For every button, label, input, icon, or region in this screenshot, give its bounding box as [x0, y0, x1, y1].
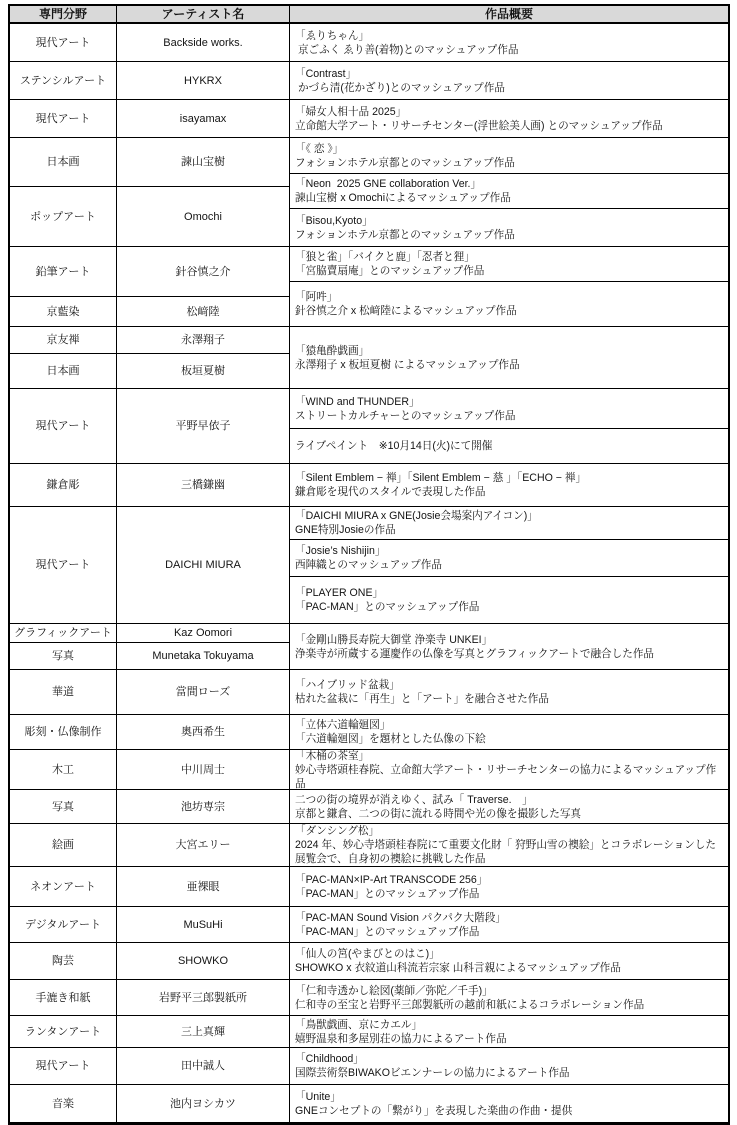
work-overview-cell: 「仙人の筥(やまびとのはこ)」SHOWKO x 衣紋道山科流若宗家 山科言親によ… — [290, 943, 728, 980]
cell-line: 「PAC-MAN」とのマッシュアップ作品 — [295, 887, 479, 901]
header-cell-specialty: 専門分野 — [10, 6, 117, 24]
cell-line: 「六道輪廻図」を題材とした仏像の下絵 — [295, 732, 486, 746]
work-overview-cell: 「ゑりちゃん」 京ごふく ゑり善(着物)とのマッシュアップ作品 — [290, 24, 728, 62]
cell-line: GNE特別Josieの作品 — [295, 523, 396, 537]
work-overview-cell: 「WIND and THUNDER」ストリートカルチャーとのマッシュアップ作品 — [290, 389, 728, 429]
cell-line: 現代アート — [36, 419, 91, 433]
specialty-cell: 木工 — [10, 750, 117, 790]
cell-line: ランタンアート — [25, 1025, 101, 1039]
specialty-cell: 日本画 — [10, 138, 117, 187]
artist-name-cell: 亜裸眼 — [117, 867, 290, 907]
work-overview-cell: 「Unite」GNEコンセプトの「繋がり」を表現した楽曲の作曲・提供 — [290, 1085, 728, 1122]
artist-name-cell: 三橋鎌幽 — [117, 464, 290, 507]
artist-name-cell: 奥西希生 — [117, 715, 290, 750]
cell-line: 「PAC-MAN×IP-Art TRANSCODE 256」 — [295, 873, 487, 887]
cell-line: 鉛筆アート — [36, 265, 91, 279]
artist-name-cell: Backside works. — [117, 24, 290, 62]
cell-line: 「PAC-MAN」とのマッシュアップ作品 — [295, 925, 479, 939]
cell-line: ライブペイント ※10月14日(火)にて開催 — [295, 439, 492, 453]
cell-line: ネオンアート — [30, 880, 96, 894]
work-overview-cell: 「Bisou,Kyoto」フォションホテル京都とのマッシュアップ作品 — [290, 209, 728, 247]
artist-name-cell: 諫山宝樹 — [117, 138, 290, 187]
cell-line: 現代アート — [36, 1059, 91, 1073]
cell-line: デジタルアート — [25, 918, 101, 932]
artist-name-cell: 田中誠人 — [117, 1048, 290, 1085]
specialty-cell: 現代アート — [10, 100, 117, 138]
work-overview-cell: 「猿亀酔戯画」永澤翔子 x 板垣夏樹 によるマッシュアップ作品 — [290, 327, 728, 389]
artist-name-cell: 大宮エリー — [117, 824, 290, 867]
cell-line: 日本画 — [47, 364, 80, 378]
cell-line: 絵画 — [52, 838, 74, 852]
cell-line: 「Neon 2025 GNE collaboration Ver.」 — [295, 177, 481, 191]
work-overview-cell: 「PAC-MAN Sound Vision パクパク大階段」「PAC-MAN」と… — [290, 907, 728, 943]
work-overview-cell: 「金剛山勝長寿院大御堂 浄楽寺 UNKEI」浄楽寺が所蔵する運慶作の仏像を写真と… — [290, 624, 728, 670]
cell-line: MuSuHi — [183, 918, 222, 932]
cell-line: 松﨑陸 — [187, 305, 220, 319]
cell-line: 鎌倉彫 — [47, 478, 80, 492]
specialty-cell: 鎌倉彫 — [10, 464, 117, 507]
artist-name-cell: SHOWKO — [117, 943, 290, 980]
artist-name-cell: Kaz Oomori — [117, 624, 290, 643]
cell-line: GNEコンセプトの「繋がり」を表現した楽曲の作曲・提供 — [295, 1104, 572, 1118]
cell-line: 鎌倉彫を現代のスタイルで表現した作品 — [295, 485, 485, 499]
cell-line: 「PLAYER ONE」 — [295, 586, 383, 600]
specialty-cell: 音楽 — [10, 1085, 117, 1122]
cell-line: 亜裸眼 — [187, 880, 220, 894]
cell-line: 「《 恋 》」 — [295, 142, 343, 156]
artist-name-cell: Munetaka Tokuyama — [117, 643, 290, 670]
cell-line: 写真 — [52, 649, 74, 663]
work-overview-cell: 「PLAYER ONE」「PAC-MAN」とのマッシュアップ作品 — [290, 577, 728, 624]
cell-line: 「Bisou,Kyoto」 — [295, 214, 373, 228]
cell-line: 手漉き和紙 — [36, 991, 91, 1005]
work-overview-cell: 「立体六道輪廻図」「六道輪廻図」を題材とした仏像の下絵 — [290, 715, 728, 750]
cell-line: 池坊専宗 — [181, 800, 225, 814]
artist-name-cell: 永澤翔子 — [117, 327, 290, 354]
specialty-cell: 華道 — [10, 670, 117, 715]
cell-line: フォションホテル京都とのマッシュアップ作品 — [295, 156, 515, 170]
specialty-cell: 現代アート — [10, 24, 117, 62]
cell-line: 彫刻・仏像制作 — [25, 725, 102, 739]
artist-name-cell: 池内ヨシカツ — [117, 1085, 290, 1122]
cell-line: 写真 — [52, 800, 74, 814]
cell-line: Kaz Oomori — [174, 626, 232, 640]
specialty-cell: ポップアート — [10, 187, 117, 247]
specialty-cell: グラフィックアート — [10, 624, 117, 643]
work-overview-cell: 二つの街の境界が消えゆく、試み「 Traverse. 」京都と鎌倉、二つの街に流… — [290, 790, 728, 824]
cell-line: 「鳥獣戯画、京にカエル」 — [295, 1018, 422, 1032]
work-overview-cell: 「鳥獣戯画、京にカエル」嬉野温泉和多屋別荘の協力によるアート作品 — [290, 1016, 728, 1048]
header-cell-artist: アーティスト名 — [117, 6, 290, 24]
cell-line: 「Contrast」 — [295, 67, 356, 81]
specialty-cell: 絵画 — [10, 824, 117, 867]
cell-line: 音楽 — [52, 1097, 74, 1111]
cell-line: HYKRX — [184, 74, 222, 88]
specialty-cell: 京友禅 — [10, 327, 117, 354]
cell-line: 京藍染 — [47, 305, 80, 319]
cell-line: 「WIND and THUNDER」 — [295, 395, 420, 409]
document-page: 専門分野アーティスト名作品概要現代アートBackside works.「ゑりちゃ… — [0, 0, 737, 1125]
cell-line: 「ハイブリッド盆栽」 — [295, 678, 400, 692]
cell-line: 木工 — [52, 763, 74, 777]
cell-line: 當間ローズ — [176, 685, 230, 699]
cell-line: 「Josie’s Nishijin」 — [295, 544, 385, 558]
work-overview-cell: 「DAICHI MIURA x GNE(Josie会場案内アイコン)」GNE特別… — [290, 507, 728, 540]
cell-line: 諫山宝樹 — [181, 155, 225, 169]
work-overview-cell: 「Contrast」 かづら清(花かざり)とのマッシュアップ作品 — [290, 62, 728, 100]
cell-line: Omochi — [184, 210, 222, 224]
work-overview-cell: 「Josie’s Nishijin」西陣織とのマッシュアップ作品 — [290, 540, 728, 577]
cell-line: 「PAC-MAN」とのマッシュアップ作品 — [295, 600, 479, 614]
specialty-cell: 鉛筆アート — [10, 247, 117, 297]
artist-name-cell: 當間ローズ — [117, 670, 290, 715]
cell-line: 「宮脇賣扇庵」とのマッシュアップ作品 — [295, 264, 484, 278]
cell-line: 永澤翔子 — [181, 333, 225, 347]
artist-table: 専門分野アーティスト名作品概要現代アートBackside works.「ゑりちゃ… — [8, 4, 730, 1125]
cell-line: 「PAC-MAN Sound Vision パクパク大階段」 — [295, 911, 506, 925]
cell-line: アーティスト名 — [162, 7, 245, 21]
cell-line: 仁和寺の至宝と岩野平三郎製紙所の越前和紙によるコラボレーション作品 — [295, 998, 644, 1012]
artist-name-cell: 平野早依子 — [117, 389, 290, 464]
cell-line: 三上真輝 — [181, 1025, 225, 1039]
cell-line: 田中誠人 — [181, 1059, 225, 1073]
cell-line: SHOWKO — [178, 954, 228, 968]
cell-line: 「Childhood」 — [295, 1052, 364, 1066]
cell-line: 立命館大学アート・リサーチセンター(浮世絵美人画) とのマッシュアップ作品 — [295, 119, 663, 133]
cell-line: 「ダンシング松」 — [295, 824, 379, 838]
artist-name-cell: 池坊専宗 — [117, 790, 290, 824]
artist-name-cell: DAICHI MIURA — [117, 507, 290, 624]
cell-line: 作品概要 — [485, 7, 533, 21]
cell-line: 「ゑりちゃん」 — [295, 29, 369, 43]
work-overview-cell: 「PAC-MAN×IP-Art TRANSCODE 256」「PAC-MAN」と… — [290, 867, 728, 907]
cell-line: フォションホテル京都とのマッシュアップ作品 — [295, 228, 515, 242]
work-overview-cell: 「婦女人相十品 2025」立命館大学アート・リサーチセンター(浮世絵美人画) と… — [290, 100, 728, 138]
cell-line: 「金剛山勝長寿院大御堂 浄楽寺 UNKEI」 — [295, 633, 492, 647]
cell-line: 京ごふく ゑり善(着物)とのマッシュアップ作品 — [295, 43, 518, 57]
cell-line: 枯れた盆栽に「再生」と「アート」を融合させた作品 — [295, 692, 549, 706]
cell-line: 京友禅 — [47, 333, 80, 347]
cell-line: 現代アート — [36, 558, 91, 572]
work-overview-cell: 「仁和寺透かし絵図(薬師／弥陀／千手)」仁和寺の至宝と岩野平三郎製紙所の越前和紙… — [290, 980, 728, 1016]
specialty-cell: 日本画 — [10, 354, 117, 389]
specialty-cell: 陶芸 — [10, 943, 117, 980]
work-overview-cell: 「ハイブリッド盆栽」枯れた盆栽に「再生」と「アート」を融合させた作品 — [290, 670, 728, 715]
work-overview-cell: 「ダンシング松」2024 年、妙心寺塔頭桂春院にて重要文化財「 狩野山雪の襖絵」… — [290, 824, 728, 867]
cell-line: 国際芸術祭BIWAKOビエンナーレの協力によるアート作品 — [295, 1066, 570, 1080]
cell-line: 「猿亀酔戯画」 — [295, 344, 369, 358]
cell-line: 2024 年、妙心寺塔頭桂春院にて重要文化財「 狩野山雪の襖絵」とコラボレーショ… — [295, 838, 716, 852]
cell-line: 大宮エリー — [176, 838, 231, 852]
work-overview-cell: 「阿吽」針谷慎之介 x 松﨑陸によるマッシュアップ作品 — [290, 282, 728, 327]
cell-line: 浄楽寺が所蔵する運慶作の仏像を写真とグラフィックアートで融合した作品 — [295, 647, 654, 661]
cell-line: 永澤翔子 x 板垣夏樹 によるマッシュアップ作品 — [295, 358, 520, 372]
work-overview-cell: 「Neon 2025 GNE collaboration Ver.」諫山宝樹 x… — [290, 174, 728, 209]
artist-name-cell: 三上真輝 — [117, 1016, 290, 1048]
cell-line: 平野早依子 — [176, 419, 231, 433]
work-overview-cell: 「木桶の茶室」妙心寺塔頭桂春院、立命館大学アート・リサーチセンターの協力によるマ… — [290, 750, 728, 790]
specialty-cell: ネオンアート — [10, 867, 117, 907]
artist-name-cell: 中川周士 — [117, 750, 290, 790]
cell-line: ストリートカルチャーとのマッシュアップ作品 — [295, 409, 515, 423]
cell-line: 現代アート — [36, 112, 91, 126]
cell-line: 岩野平三郎製紙所 — [159, 991, 247, 1005]
cell-line: 華道 — [52, 685, 74, 699]
cell-line: 嬉野温泉和多屋別荘の協力によるアート作品 — [295, 1032, 507, 1046]
cell-line: 陶芸 — [52, 954, 74, 968]
cell-line: 「婦女人相十品 2025」 — [295, 105, 406, 119]
header-cell-overview: 作品概要 — [290, 6, 728, 24]
specialty-cell: 現代アート — [10, 507, 117, 624]
artist-name-cell: Omochi — [117, 187, 290, 247]
cell-line: 妙心寺塔頭桂春院、立命館大学アート・リサーチセンターの協力によるマッシュアップ作… — [295, 763, 724, 791]
specialty-cell: 写真 — [10, 643, 117, 670]
cell-line: DAICHI MIURA — [165, 558, 241, 572]
work-overview-cell: 「Childhood」国際芸術祭BIWAKOビエンナーレの協力によるアート作品 — [290, 1048, 728, 1085]
cell-line: 日本画 — [47, 155, 80, 169]
artist-name-cell: 岩野平三郎製紙所 — [117, 980, 290, 1016]
cell-line: 「阿吽」 — [295, 290, 337, 304]
cell-line: 奥西希生 — [181, 725, 225, 739]
specialty-cell: 彫刻・仏像制作 — [10, 715, 117, 750]
cell-line: 三橋鎌幽 — [181, 478, 225, 492]
specialty-cell: デジタルアート — [10, 907, 117, 943]
specialty-cell: ステンシルアート — [10, 62, 117, 100]
cell-line: 針谷慎之介 — [176, 265, 231, 279]
specialty-cell: 現代アート — [10, 1048, 117, 1085]
artist-name-cell: MuSuHi — [117, 907, 290, 943]
cell-line: 「Unite」 — [295, 1090, 341, 1104]
cell-line: グラフィックアート — [14, 626, 112, 640]
cell-line: 「仙人の筥(やまびとのはこ)」 — [295, 947, 440, 961]
cell-line: 二つの街の境界が消えゆく、試み「 Traverse. 」 — [295, 793, 533, 807]
work-overview-cell: 「狼と雀」「バイクと鹿」「忍者と狸」「宮脇賣扇庵」とのマッシュアップ作品 — [290, 247, 728, 282]
artist-name-cell: 針谷慎之介 — [117, 247, 290, 297]
cell-line: 針谷慎之介 x 松﨑陸によるマッシュアップ作品 — [295, 304, 517, 318]
cell-line: 西陣織とのマッシュアップ作品 — [295, 558, 442, 572]
cell-line: 「狼と雀」「バイクと鹿」「忍者と狸」 — [295, 250, 475, 264]
cell-line: 専門分野 — [39, 7, 87, 21]
artist-name-cell: 板垣夏樹 — [117, 354, 290, 389]
cell-line: 「Silent Emblem − 禅」「Silent Emblem − 慈 」「… — [295, 471, 586, 485]
cell-line: 板垣夏樹 — [181, 364, 225, 378]
artist-name-cell: 松﨑陸 — [117, 297, 290, 327]
specialty-cell: ランタンアート — [10, 1016, 117, 1048]
cell-line: 「立体六道輪廻図」 — [295, 718, 390, 732]
cell-line: ステンシルアート — [20, 74, 106, 88]
cell-line: 現代アート — [36, 36, 91, 50]
cell-line: 展覧会で、自身初の襖絵に挑戦した作品 — [295, 852, 485, 866]
cell-line: Backside works. — [163, 36, 242, 50]
cell-line: 「DAICHI MIURA x GNE(Josie会場案内アイコン)」 — [295, 509, 538, 523]
cell-line: 諫山宝樹 x Omochiによるマッシュアップ作品 — [295, 191, 511, 205]
specialty-cell: 現代アート — [10, 389, 117, 464]
work-overview-cell: 「Silent Emblem − 禅」「Silent Emblem − 慈 」「… — [290, 464, 728, 507]
cell-line: かづら清(花かざり)とのマッシュアップ作品 — [295, 81, 505, 95]
specialty-cell: 写真 — [10, 790, 117, 824]
specialty-cell: 手漉き和紙 — [10, 980, 117, 1016]
cell-line: isayamax — [180, 112, 226, 126]
cell-line: Munetaka Tokuyama — [152, 649, 253, 663]
artist-name-cell: isayamax — [117, 100, 290, 138]
artist-name-cell: HYKRX — [117, 62, 290, 100]
work-overview-cell: ライブペイント ※10月14日(火)にて開催 — [290, 429, 728, 464]
cell-line: 京都と鎌倉、二つの街に流れる時間や光の像を撮影した写真 — [295, 807, 581, 821]
work-overview-cell: 「《 恋 》」フォションホテル京都とのマッシュアップ作品 — [290, 138, 728, 174]
cell-line: SHOWKO x 衣紋道山科流若宗家 山科言親によるマッシュアップ作品 — [295, 961, 621, 975]
cell-line: ポップアート — [30, 210, 96, 224]
cell-line: 「仁和寺透かし絵図(薬師／弥陀／千手)」 — [295, 984, 493, 998]
specialty-cell: 京藍染 — [10, 297, 117, 327]
cell-line: 池内ヨシカツ — [170, 1097, 236, 1111]
cell-line: 「木桶の茶室」 — [295, 750, 369, 763]
cell-line: 中川周士 — [181, 763, 225, 777]
